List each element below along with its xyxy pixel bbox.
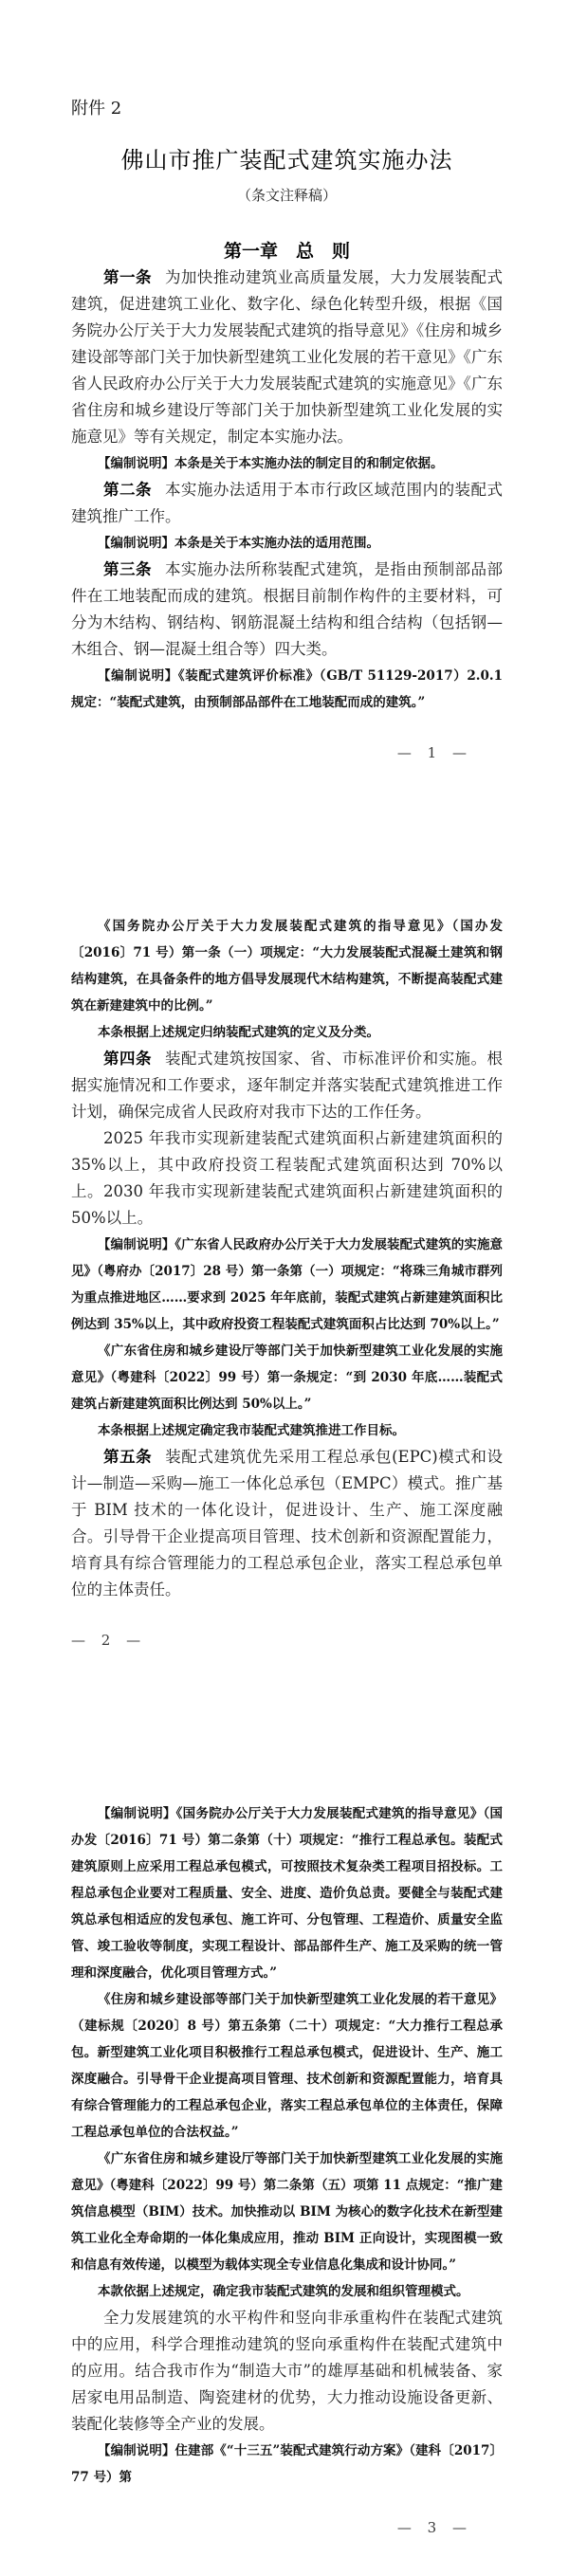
document: 附件 2佛山市推广装配式建筑实施办法（条文注释稿）第一章 总 则第一条为加快推动… xyxy=(0,0,569,2576)
document-subtitle: （条文注释稿） xyxy=(71,186,503,205)
page-number: — 3 — xyxy=(71,2517,503,2538)
document-page-3: 【编制说明】《国务院办公厅关于大力发展装配式建筑的指导意见》（国办发〔2016〕… xyxy=(0,1800,569,2576)
article-paragraph: 2025 年我市实现新建装配式建筑面积占新建建筑面积的 35%以上，其中政府投资… xyxy=(71,1125,503,1232)
editorial-note: 【编制说明】住建部《“十三五”装配式建筑行动方案》（建科〔2017〕77 号）第 xyxy=(71,2438,503,2491)
article-text: 装配式建筑优先采用工程总承包(EPC)模式和设计—制造—采购—施工一体化总承包（… xyxy=(71,1448,503,1599)
article-number: 第一条 xyxy=(103,268,152,286)
editorial-note: 本款依据上述规定，确定我市装配式建筑的发展和组织管理模式。 xyxy=(71,2278,503,2305)
editorial-note: 本条根据上述规定确定我市装配式建筑推进工作目标。 xyxy=(71,1417,503,1444)
article-paragraph: 第五条装配式建筑优先采用工程总承包(EPC)模式和设计—制造—采购—施工一体化总… xyxy=(71,1444,503,1603)
editorial-note: 【编制说明】《广东省人民政府办公厅关于大力发展装配式建筑的实施意见》（粤府办〔2… xyxy=(71,1232,503,1338)
editorial-note: 【编制说明】本条是关于本实施办法的制定目的和制定依据。 xyxy=(71,450,503,477)
attachment-label: 附件 2 xyxy=(71,98,503,120)
editorial-note: 《广东省住房和城乡建设厅等部门关于加快新型建筑工业化发展的实施意见》（粤建科〔2… xyxy=(71,1338,503,1417)
chapter-heading: 第一章 总 则 xyxy=(71,238,503,265)
document-page-2: 《国务院办公厅关于大力发展装配式建筑的指导意见》（国办发〔2016〕71 号）第… xyxy=(0,913,569,1651)
document-page-1: 附件 2佛山市推广装配式建筑实施办法（条文注释稿）第一章 总 则第一条为加快推动… xyxy=(0,0,569,763)
article-number: 第四条 xyxy=(103,1050,152,1068)
article-paragraph: 第四条装配式建筑按国家、省、市标准评价和实施。根据实施情况和工作要求，逐年制定并… xyxy=(71,1046,503,1125)
page-number: — 1 — xyxy=(71,742,503,763)
document-title: 佛山市推广装配式建筑实施办法 xyxy=(71,145,503,175)
editorial-note: 【编制说明】本条是关于本实施办法的适用范围。 xyxy=(71,530,503,557)
article-number: 第三条 xyxy=(103,560,152,578)
page-number: — 2 — xyxy=(71,1630,503,1651)
article-paragraph: 第三条本实施办法所称装配式建筑，是指由预制部品部件在工地装配而成的建筑。根据目前… xyxy=(71,557,503,663)
editorial-note: 【编制说明】《装配式建筑评价标准》（GB/T 51129-2017）2.0.1 … xyxy=(71,663,503,716)
article-paragraph: 全力发展建筑的水平构件和竖向非承重构件在装配式建筑中的应用，科学合理推动建筑的竖… xyxy=(71,2305,503,2438)
article-text: 为加快推动建筑业高质量发展，大力发展装配式建筑，促进建筑工业化、数字化、绿色化转… xyxy=(71,268,503,446)
article-number: 第五条 xyxy=(103,1448,152,1466)
editorial-note: 《广东省住房和城乡建设厅等部门关于加快新型建筑工业化发展的实施意见》（粤建科〔2… xyxy=(71,2146,503,2278)
article-paragraph: 第二条本实施办法适用于本市行政区域范围内的装配式建筑推广工作。 xyxy=(71,477,503,530)
editorial-note: 【编制说明】《国务院办公厅关于大力发展装配式建筑的指导意见》（国办发〔2016〕… xyxy=(71,1800,503,1986)
article-number: 第二条 xyxy=(103,481,152,499)
article-paragraph: 第一条为加快推动建筑业高质量发展，大力发展装配式建筑，促进建筑工业化、数字化、绿… xyxy=(71,265,503,450)
editorial-note: 《住房和城乡建设部等部门关于加快新型建筑工业化发展的若干意见》（建标规〔2020… xyxy=(71,1986,503,2146)
editorial-note: 《国务院办公厅关于大力发展装配式建筑的指导意见》（国办发〔2016〕71 号）第… xyxy=(71,913,503,1019)
editorial-note: 本条根据上述规定归纳装配式建筑的定义及分类。 xyxy=(71,1019,503,1046)
